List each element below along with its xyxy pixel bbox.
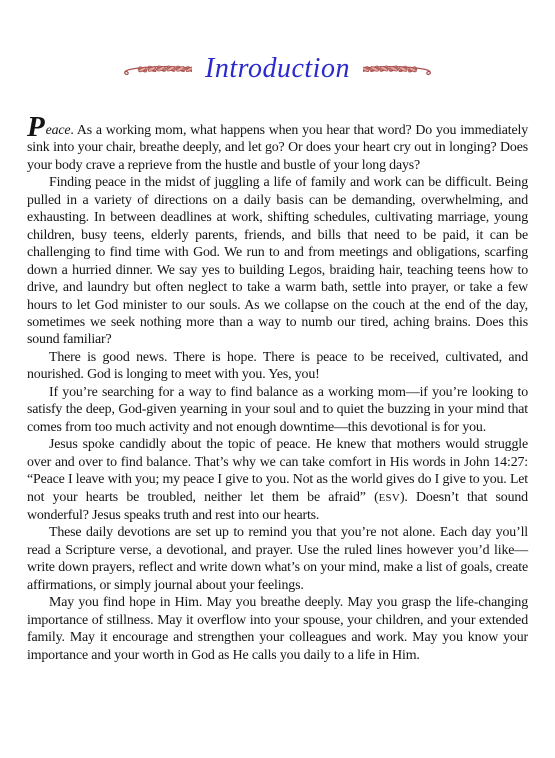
laurel-branch-right-icon xyxy=(363,56,435,82)
lead-word-italic: eace xyxy=(46,123,71,138)
paragraph-blessing: May you find hope in Him. May you breath… xyxy=(27,594,528,664)
esv-abbreviation: ESV xyxy=(379,492,400,504)
chapter-title: Introduction xyxy=(205,55,350,83)
paragraph-searching-balance: If you’re searching for a way to find ba… xyxy=(27,384,528,436)
paragraph-text: . As a working mom, what happens when yo… xyxy=(27,123,528,173)
chapter-body: Peace. As a working mom, what happens wh… xyxy=(27,122,528,664)
paragraph-daily-devotions: These daily devotions are set up to remi… xyxy=(27,524,528,594)
paragraph-finding-peace: Finding peace in the midst of juggling a… xyxy=(27,174,528,349)
chapter-header: Introduction xyxy=(0,0,555,86)
laurel-branch-left-icon xyxy=(120,56,192,82)
paragraph-good-news: There is good news. There is hope. There… xyxy=(27,349,528,384)
paragraph-jesus-peace: Jesus spoke candidly about the topic of … xyxy=(27,436,528,524)
raised-cap: P xyxy=(27,111,45,143)
paragraph-peace: Peace. As a working mom, what happens wh… xyxy=(27,122,528,174)
book-page: Introduction xyxy=(0,0,555,758)
